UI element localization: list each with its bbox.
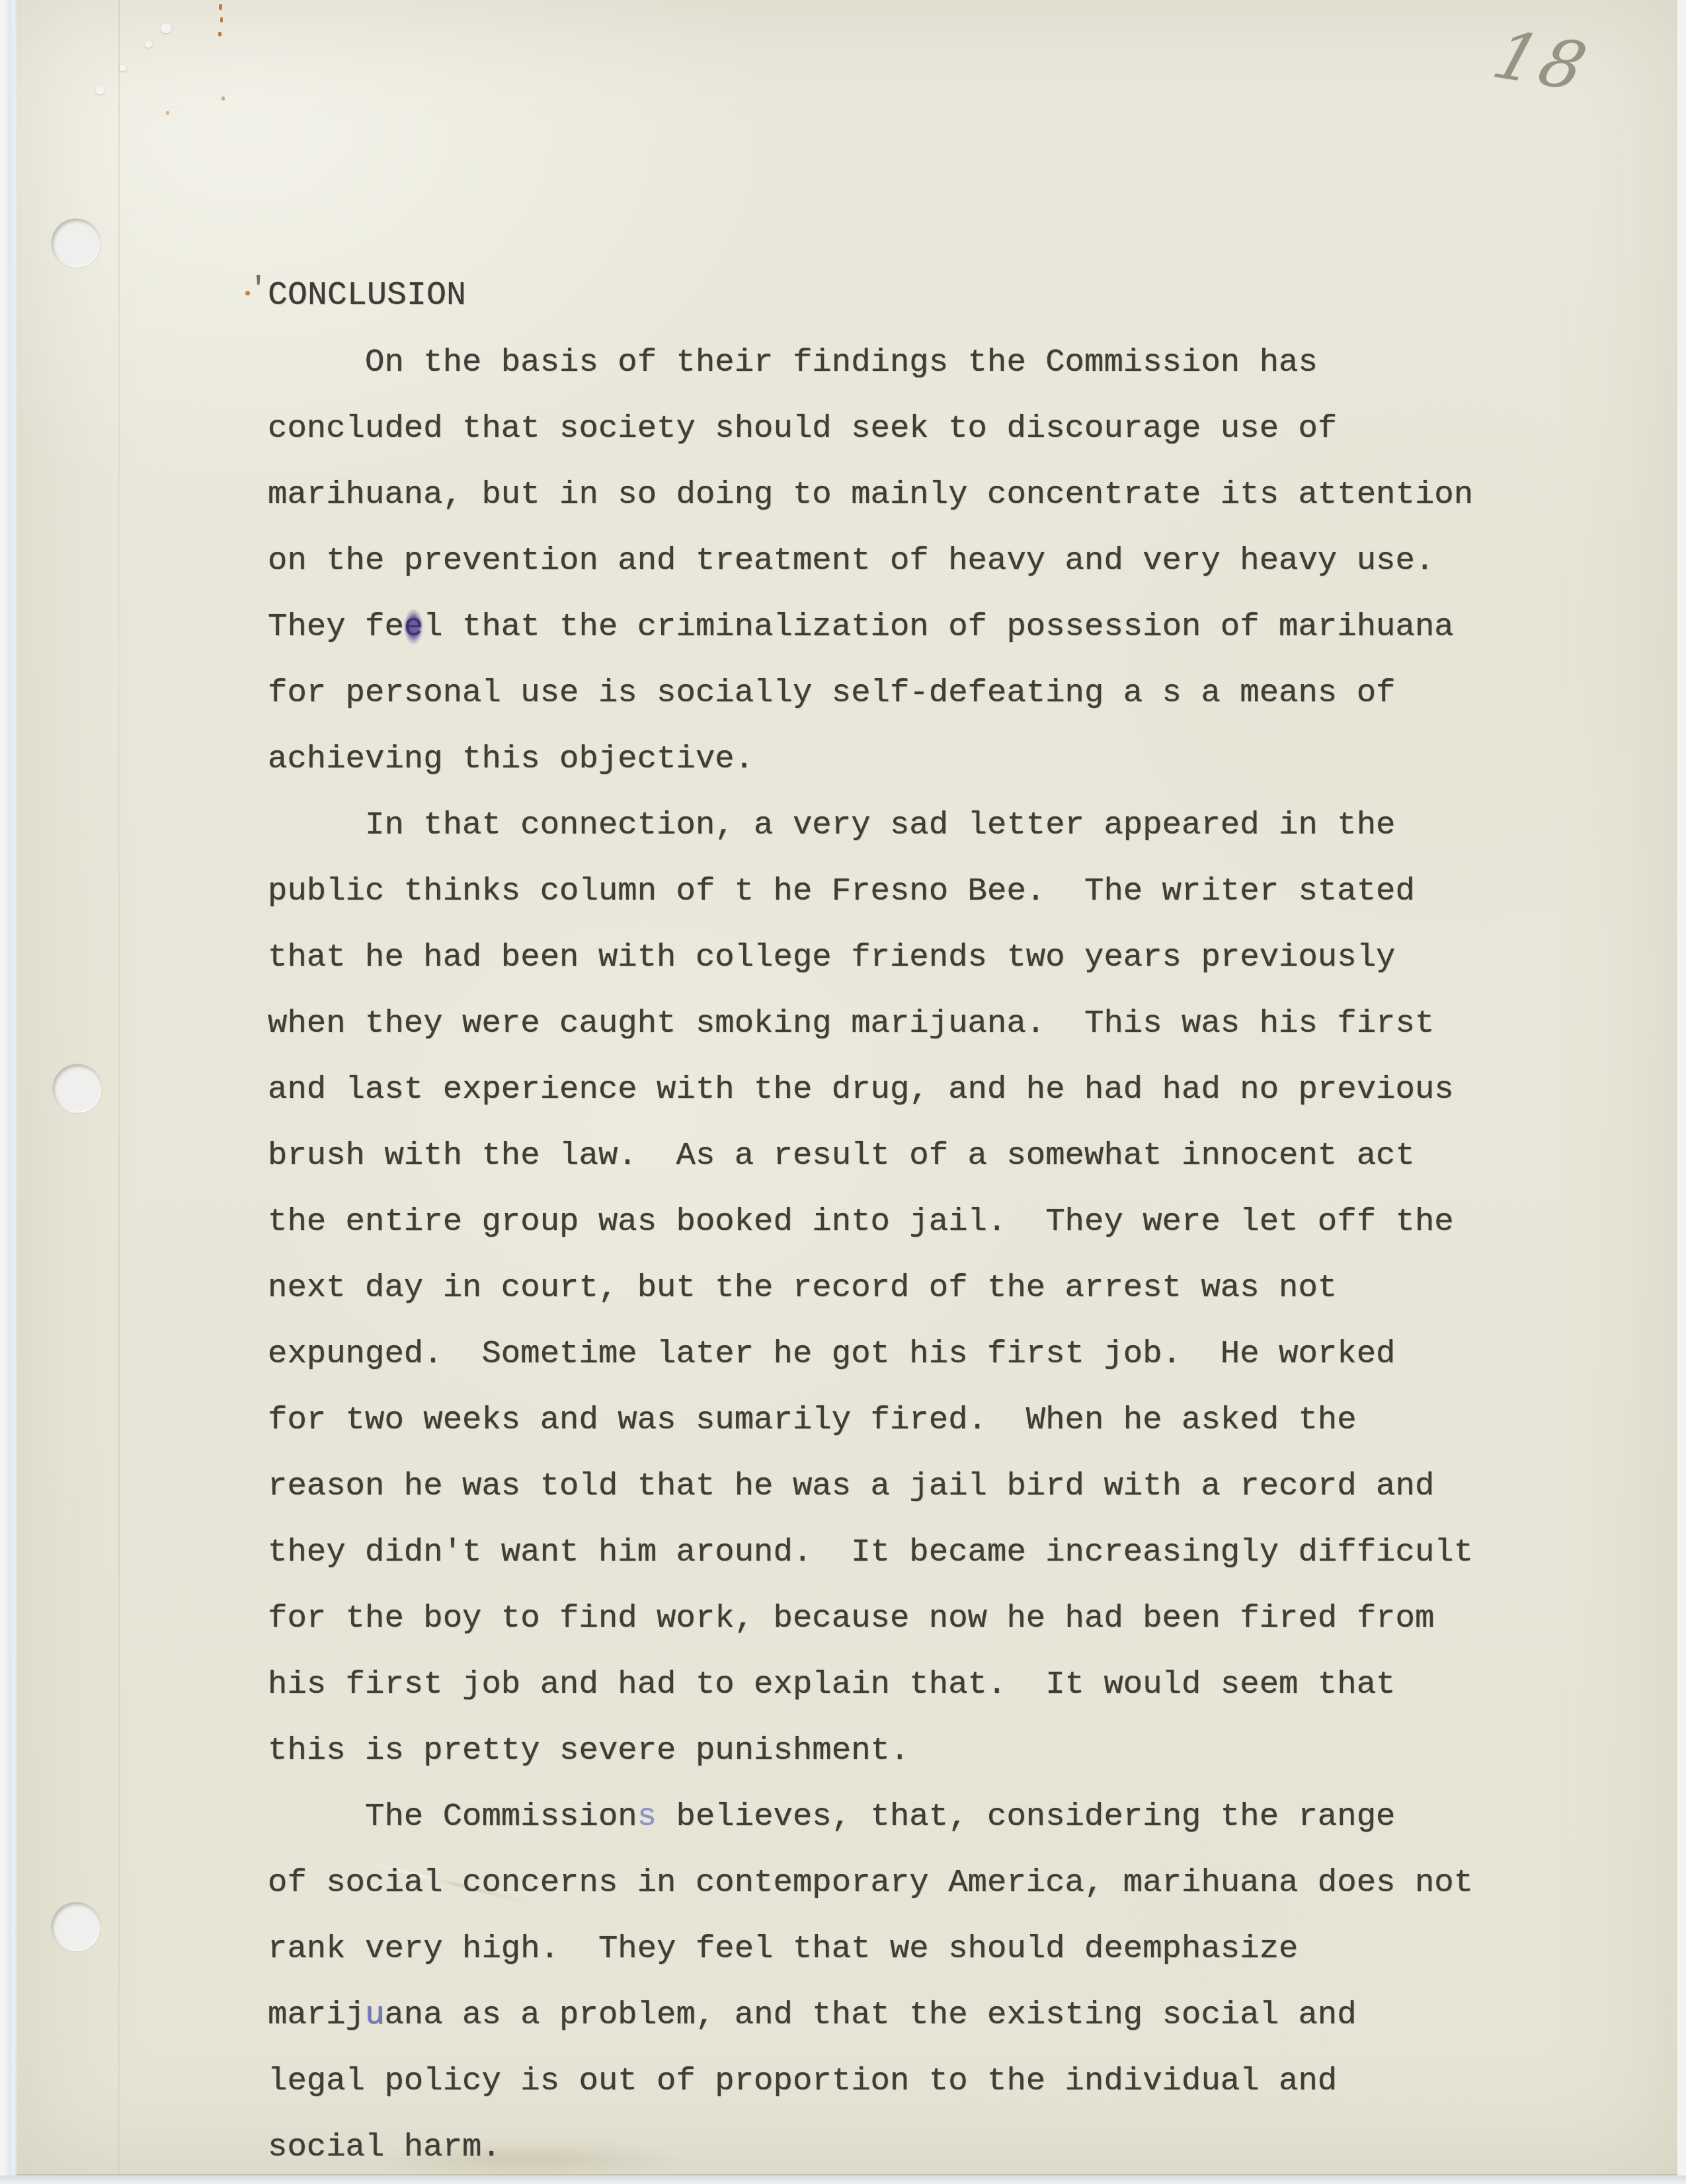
text-line: for personal use is socially self-defeat… — [268, 673, 1395, 713]
text-line: concluded that society should seek to di… — [268, 409, 1337, 448]
text-segment: ana as a problem, and that the existing … — [384, 1996, 1356, 2033]
rust-speck — [218, 32, 221, 36]
text-line: next day in court, but the record of the… — [268, 1268, 1337, 1307]
rust-speck — [220, 17, 223, 22]
text-segment: l that the criminalization of possession… — [423, 608, 1453, 645]
text-line: In that connection, a very sad letter ap… — [268, 805, 1395, 845]
text-line: his first job and had to explain that. I… — [268, 1664, 1395, 1704]
text-line: for two weeks and was sumarily fired. Wh… — [268, 1400, 1357, 1440]
text-line: on the prevention and treatment of heavy… — [268, 541, 1434, 580]
scan-background: { "doc": { "page_number": "18", "heading… — [0, 0, 1686, 2184]
text-line: The Commissions believes, that, consider… — [268, 1797, 1396, 1836]
text-line: achieving this objective. — [268, 739, 754, 779]
text-line: when they were caught smoking marijuana.… — [268, 1003, 1434, 1043]
text-line: legal policy is out of proportion to the… — [268, 2061, 1337, 2101]
stray-mark: ' — [249, 272, 268, 307]
scanner-edge-bottom — [0, 2175, 1686, 2184]
stray-ink-dot — [245, 291, 250, 295]
text-line: reason he was told that he was a jail bi… — [268, 1466, 1434, 1506]
paper-speck — [120, 65, 126, 71]
text-line: and last experience with the drug, and h… — [268, 1070, 1454, 1109]
text-line: rank very high. They feel that we should… — [268, 1929, 1298, 1969]
text-line: for the boy to find work, because now he… — [268, 1598, 1434, 1638]
paper-speck — [145, 41, 152, 48]
overstrike-char-purple: e — [404, 608, 423, 645]
text-line: social harm. — [268, 2127, 501, 2167]
hole-punch-middle — [53, 1064, 102, 1113]
text-line: marihuana, but in so doing to mainly con… — [268, 475, 1473, 514]
text-line: the entire group was booked into jail. T… — [268, 1202, 1454, 1241]
text-line: They feel that the criminalization of po… — [268, 607, 1454, 646]
scanner-edge-left — [5, 0, 15, 2184]
overstrike-char-blue: u — [365, 1996, 384, 2033]
conclusion-heading: CONCLUSION — [268, 276, 466, 316]
text-segment: The Commission — [268, 1798, 637, 1835]
text-line: that he had been with college friends tw… — [268, 937, 1395, 977]
text-line: of social concerns in contemporary Ameri… — [268, 1863, 1473, 1902]
overstrike-char-blue: s — [637, 1798, 657, 1835]
text-line: On the basis of their findings the Commi… — [268, 342, 1318, 382]
rust-speck — [221, 97, 225, 100]
paper-speck — [96, 87, 104, 95]
text-segment: believes, that, considering the range — [657, 1798, 1395, 1835]
text-line: marijuana as a problem, and that the exi… — [268, 1995, 1357, 2035]
rust-speck — [219, 4, 222, 10]
rust-speck — [166, 111, 169, 115]
text-line: public thinks column of t he Fresno Bee.… — [268, 871, 1415, 911]
text-line: brush with the law. As a result of a som… — [268, 1136, 1415, 1175]
text-line: expunged. Sometime later he got his firs… — [268, 1334, 1395, 1374]
text-segment: marij — [268, 1996, 365, 2033]
hole-punch-top — [52, 219, 100, 268]
vertical-crease-line — [118, 0, 120, 2175]
text-segment: They fe — [268, 608, 404, 645]
hole-punch-bottom — [52, 1902, 100, 1951]
text-line: this is pretty severe punishment. — [268, 1731, 909, 1770]
paper-speck — [161, 24, 171, 33]
text-line: they didn't want him around. It became i… — [268, 1532, 1473, 1572]
